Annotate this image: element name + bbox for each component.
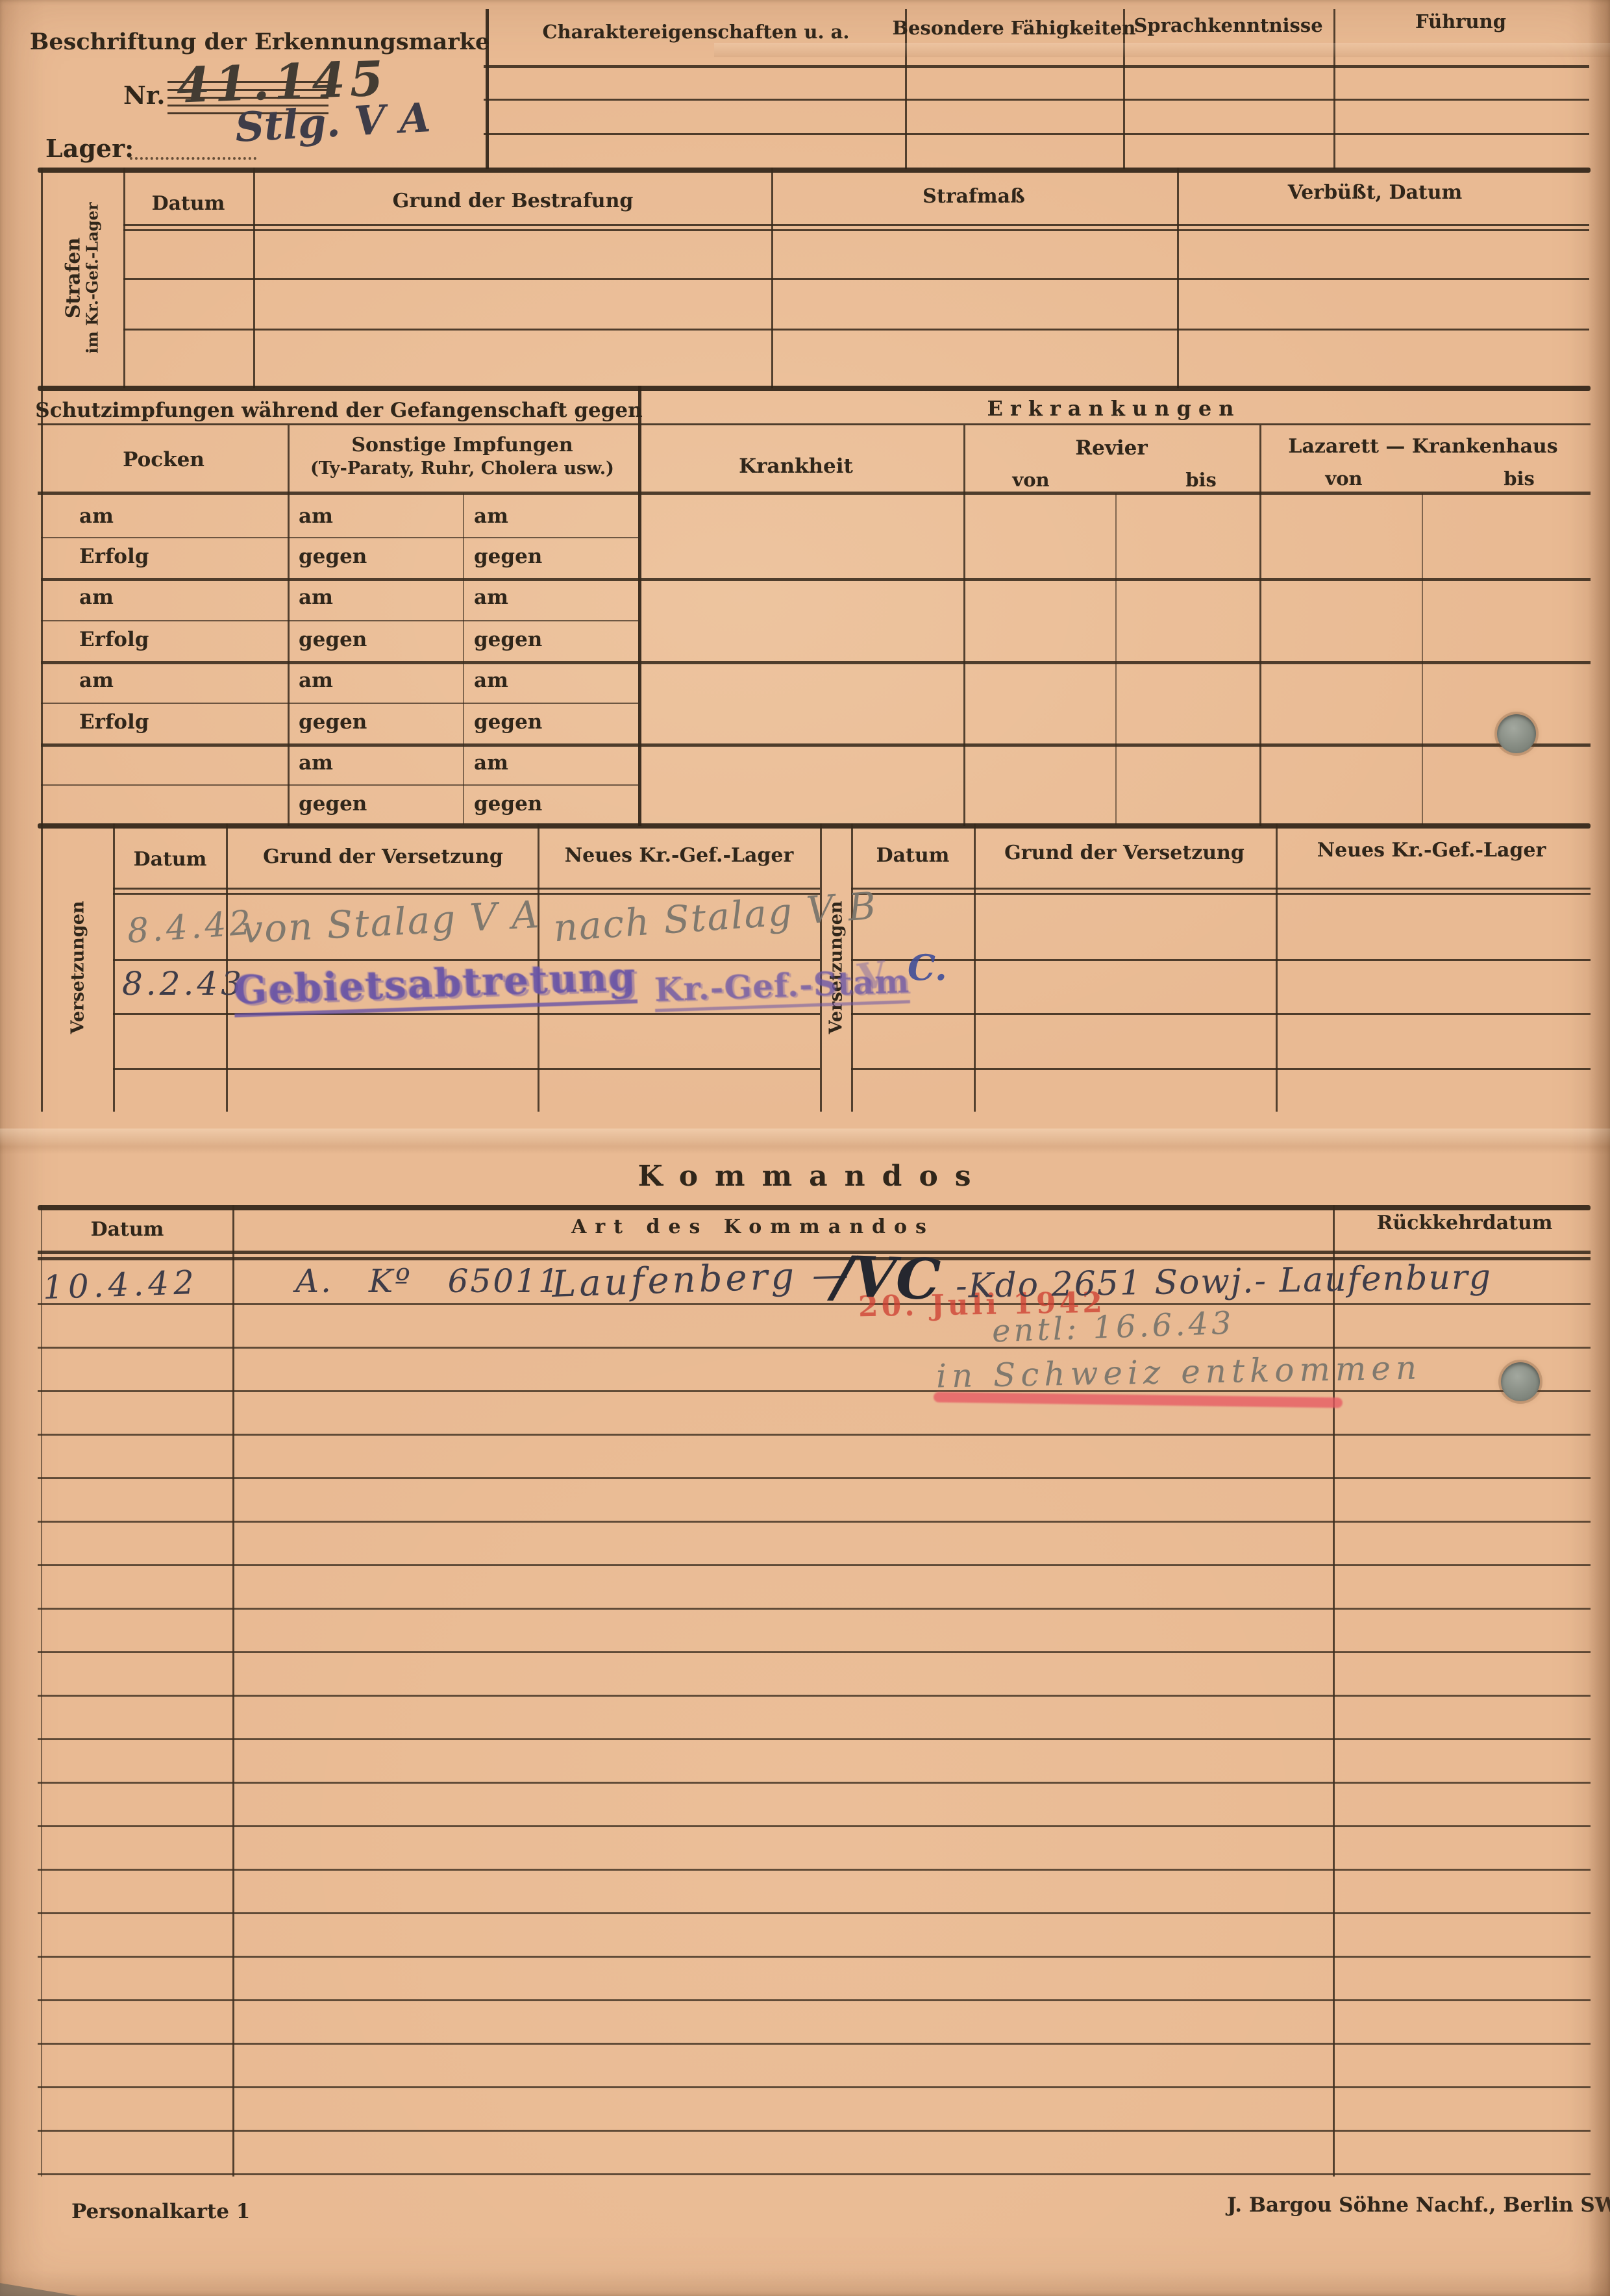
rule-v (1115, 493, 1117, 825)
paper-crease (0, 1129, 1610, 1154)
punch-hole-top (1497, 714, 1536, 753)
kommando-entry-arbeitskommando: A. Kº 65011 (295, 1262, 561, 1300)
impf-cell: Erfolg (79, 545, 149, 568)
kommandos-col-datum: Datum (91, 1218, 164, 1241)
impf-cell: gegen (299, 710, 367, 734)
erkrank-lazarett-label: Lazarett — Krankenhaus (1288, 435, 1557, 458)
rule-h-section (38, 823, 1591, 829)
top-col-charaktereigenschaften: Charaktereigenschaften u. a. (542, 21, 849, 43)
rule-v (1422, 493, 1423, 825)
rule-h (851, 1068, 1591, 1070)
rule-h (123, 224, 1589, 226)
versetz-entry2-grund-stamp: Gebietsabtretung (233, 954, 638, 1017)
rule-h (484, 65, 1589, 68)
impf-title: Schutzimpfungen während der Gefangenscha… (35, 399, 642, 422)
rule-h (38, 492, 1591, 495)
rule-h-section (38, 168, 1591, 173)
erkrank-krankheit-label: Krankheit (739, 455, 853, 478)
rule-h-section (38, 1205, 1591, 1210)
paper-edge-right (1588, 0, 1610, 2296)
rule-h (41, 620, 638, 621)
impf-cell: Erfolg (79, 710, 149, 734)
personalkarte-back: Beschriftung der Erkennungsmarke Nr. 41.… (0, 0, 1610, 2296)
impf-cell: am (299, 505, 333, 528)
impf-cell: gegen (474, 545, 542, 568)
impf-pocken-label: Pocken (123, 448, 204, 471)
erkrank-revier-bis-label: bis (1185, 469, 1217, 491)
impf-sonstige-label-line2: (Ty-Paraty, Ruhr, Cholera usw.) (310, 458, 614, 479)
rule-h (41, 537, 638, 538)
impf-cell: gegen (299, 628, 367, 651)
punch-hole-bottom (1501, 1362, 1540, 1401)
rule-h (113, 1013, 820, 1015)
rule-v (463, 493, 464, 825)
rule-h (41, 743, 1591, 747)
kommandos-col-art: Art des Kommandos (571, 1216, 935, 1238)
rule-h (851, 888, 1591, 890)
versetz-entry2-datum: 8.2.43 (122, 965, 245, 1003)
strafen-side-label: Strafen im Kr.-Gef.-Lager (64, 202, 101, 353)
rule-v (486, 9, 489, 169)
rule-v (638, 386, 641, 826)
erkrank-revier-label: Revier (1075, 436, 1147, 460)
impf-cell: gegen (474, 792, 542, 816)
rule-h (41, 578, 1591, 581)
kommandos-ruled-lines (38, 1262, 1591, 2176)
versetz-left-col-datum: Datum (134, 848, 207, 871)
rule-h (38, 1251, 1591, 1254)
idmark-nr-label: Nr. (123, 81, 166, 110)
rule-v (1333, 9, 1335, 169)
rule-h (123, 229, 1589, 231)
impf-cell: am (79, 505, 114, 528)
rule-h (41, 784, 638, 786)
rule-h (851, 893, 1591, 895)
impf-cell: am (299, 751, 333, 775)
top-col-sprachkenntnisse: Sprachkenntnisse (1133, 14, 1322, 36)
kommandos-col-rueckkehrdatum: Rückkehrdatum (1376, 1212, 1552, 1234)
strafen-col-grund: Grund der Bestrafung (393, 190, 634, 212)
rule-h (484, 99, 1589, 101)
paper-edge-corner (0, 2283, 78, 2296)
rule-h (113, 888, 820, 890)
strafen-side-label-line2: im Kr.-Gef.-Lager (84, 202, 100, 353)
impf-cell: gegen (474, 710, 542, 734)
versetz-entry1-datum: 8.4.42 (126, 903, 255, 951)
versetz-entry1-grund: von Stalag V A (241, 892, 541, 952)
top-col-fuehrung: Führung (1415, 10, 1506, 32)
rule-h (38, 423, 1591, 425)
strafen-col-datum: Datum (152, 192, 225, 215)
idmark-lager-label: Lager: (45, 134, 134, 163)
impf-cell: am (299, 586, 333, 609)
erkrank-lazarett-bis-label: bis (1504, 468, 1535, 490)
rule-h (123, 278, 1589, 280)
rule-v (963, 425, 965, 826)
impf-cell: am (474, 751, 508, 775)
footer-printer: J. Bargou Söhne Nachf., Berlin SW 68 (1227, 2193, 1610, 2217)
rule-h (123, 329, 1589, 331)
idmark-title: Beschriftung der Erkennungsmarke (30, 29, 489, 55)
rule-h (851, 1013, 1591, 1015)
erkrankungen-title: Erkrankungen (987, 396, 1241, 421)
kommando-entry-vc-mark: /VC (831, 1243, 941, 1313)
rule-h (113, 1068, 820, 1070)
rule-v (41, 823, 43, 1112)
versetz-right-col-grund: Grund der Versetzung (1004, 842, 1245, 864)
kommando-entry-datum: 10.4.42 (42, 1264, 199, 1306)
erkrank-lazarett-von-label: von (1325, 468, 1362, 490)
impf-cell: am (299, 669, 333, 692)
idmark-lager-value-handwritten: Stlg. V A (234, 94, 432, 151)
impf-sonstige-label-line1: Sonstige Impfungen (351, 434, 573, 456)
rule-v (288, 425, 290, 826)
impf-cell: gegen (474, 628, 542, 651)
versetz-right-col-datum: Datum (876, 844, 950, 867)
versetz-left-col-neues: Neues Kr.-Gef.-Lager (565, 844, 794, 867)
footer-form-name: Personalkarte 1 (71, 2200, 250, 2223)
versetz-left-col-grund: Grund der Versetzung (263, 845, 503, 868)
versetz-entry2-handwritten-c: C. (908, 947, 947, 988)
impf-cell: gegen (299, 792, 367, 816)
rule-v (1259, 425, 1261, 826)
kommandos-title: Kommandos (638, 1160, 987, 1193)
impf-cell: am (474, 586, 508, 609)
versetzungen-side-label-left: Versetzungen (68, 901, 88, 1034)
impf-cell: Erfolg (79, 628, 149, 651)
versetz-right-col-neues: Neues Kr.-Gef.-Lager (1317, 839, 1546, 862)
versetz-entry2-stamp-v: V (856, 953, 889, 999)
rule-h (41, 661, 1591, 664)
top-col-besondere-faehigkeiten: Besondere Fähigkeiten (893, 17, 1136, 39)
strafen-col-verbuesst: Verbüßt, Datum (1288, 181, 1463, 204)
impf-cell: am (474, 505, 508, 528)
rule-v (41, 168, 43, 388)
impf-cell: am (79, 586, 114, 609)
strafen-side-label-line1: Strafen (64, 202, 84, 353)
rule-h (851, 959, 1591, 961)
impf-cell: am (474, 669, 508, 692)
rule-h-section (38, 386, 1591, 391)
rule-h (484, 133, 1589, 135)
strafen-col-strafmass: Strafmaß (923, 185, 1025, 208)
rule-v (41, 386, 43, 826)
impf-cell: am (79, 669, 114, 692)
erkrank-revier-von-label: von (1012, 469, 1049, 491)
paper-crease (714, 43, 1610, 57)
impf-cell: gegen (299, 545, 367, 568)
rule-h (41, 703, 638, 704)
